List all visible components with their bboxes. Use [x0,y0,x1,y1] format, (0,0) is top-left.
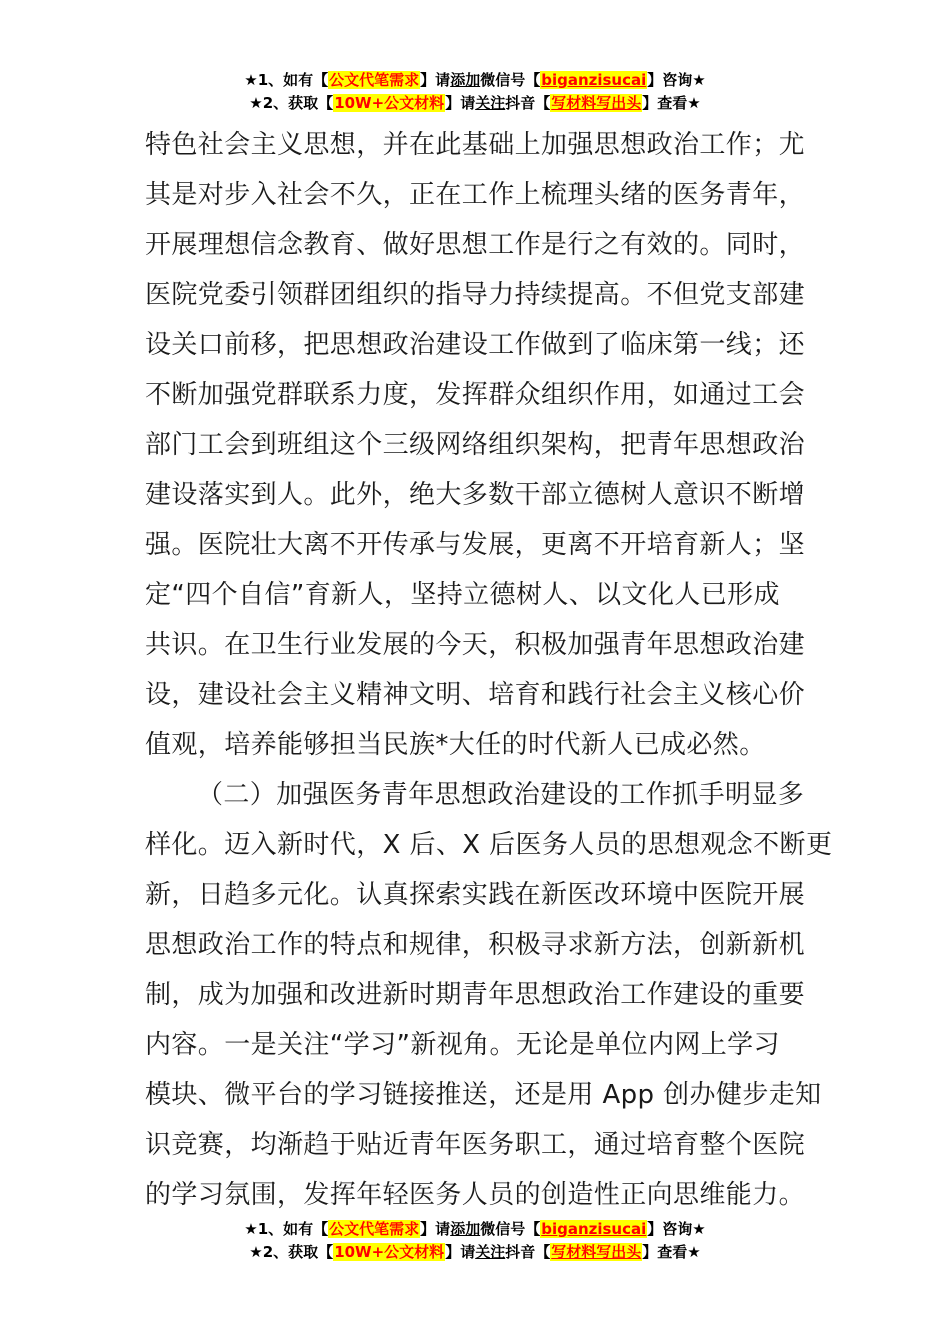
banner-text: ★2、获取【 [249,94,333,112]
banner-text: 抖音【 [505,94,550,112]
body-line: 不断加强党群联系力度，发挥群众组织作用，如通过工会 [145,370,810,420]
banner-text: ★1、如有【 [244,1220,328,1238]
underlined-add: 添加 [450,1220,480,1238]
body-line: 内容。一是关注“学习”新视角。无论是单位内网上学习 [145,1020,810,1070]
body-line: 建设落实到人。此外，绝大多数干部立德树人意识不断增 [145,470,810,520]
underlined-follow: 关注 [475,94,505,112]
banner-text: 】咨询★ [647,71,705,89]
body-line: 样化。迈入新时代，X 后、X 后医务人员的思想观念不断更 [145,820,810,870]
body-line: 共识。在卫生行业发展的今天，积极加强青年思想政治建 [145,620,810,670]
section-heading-line: （二）加强医务青年思想政治建设的工作抓手明显多 [145,770,810,820]
body-line: 识竞赛，均渐趋于贴近青年医务职工，通过培育整个医院 [145,1120,810,1170]
footer-banner: ★1、如有【公文代笔需求】请添加微信号【biganzisucai】咨询★ ★2、… [0,1218,950,1264]
body-line: 开展理想信念教育、做好思想工作是行之有效的。同时， [145,220,810,270]
header-banner-line-2: ★2、获取【10W+公文材料】请关注抖音【写材料写出头】查看★ [0,92,950,115]
body-line: 设，建设社会主义精神文明、培育和践行社会主义核心价 [145,670,810,720]
banner-text: 】查看★ [642,1243,700,1261]
document-body: 特色社会主义思想，并在此基础上加强思想政治工作；尤 其是对步入社会不久，正在工作… [145,120,810,1220]
body-line: 部门工会到班组这个三级网络组织架构，把青年思想政治 [145,420,810,470]
highlight-ghostwriting: 公文代笔需求 [328,1220,420,1238]
underlined-add: 添加 [450,71,480,89]
body-line: 强。医院壮大离不开传承与发展，更离不开培育新人；坚 [145,520,810,570]
body-line: 其是对步入社会不久，正在工作上梳理头绪的医务青年， [145,170,810,220]
highlight-materials: 10W+公文材料 [333,94,445,112]
highlight-materials: 10W+公文材料 [333,1243,445,1261]
body-line: 模块、微平台的学习链接推送，还是用 App 创办健步走知 [145,1070,810,1120]
banner-text: 】请 [420,1220,450,1238]
banner-text: ★1、如有【 [244,71,328,89]
body-line: 的学习氛围，发挥年轻医务人员的创造性正向思维能力。 [145,1170,810,1220]
douyin-account-link[interactable]: 写材料写出头 [550,1243,642,1261]
banner-text: 】请 [420,71,450,89]
footer-banner-line-1: ★1、如有【公文代笔需求】请添加微信号【biganzisucai】咨询★ [0,1218,950,1241]
header-banner: ★1、如有【公文代笔需求】请添加微信号【biganzisucai】咨询★ ★2、… [0,69,950,115]
banner-text: 】查看★ [642,94,700,112]
banner-text: 微信号【 [480,71,540,89]
banner-text: 】咨询★ [647,1220,705,1238]
body-line: 值观，培养能够担当民族*大任的时代新人已成必然。 [145,720,810,770]
banner-text: 抖音【 [505,1243,550,1261]
wechat-id-link[interactable]: biganzisucai [540,71,647,89]
body-line: 设关口前移，把思想政治建设工作做到了临床第一线；还 [145,320,810,370]
body-line: 思想政治工作的特点和规律，积极寻求新方法，创新新机 [145,920,810,970]
header-banner-line-1: ★1、如有【公文代笔需求】请添加微信号【biganzisucai】咨询★ [0,69,950,92]
body-line: 医院党委引领群团组织的指导力持续提高。不但党支部建 [145,270,810,320]
underlined-follow: 关注 [475,1243,505,1261]
douyin-account-link[interactable]: 写材料写出头 [550,94,642,112]
body-line: 制，成为加强和改进新时期青年思想政治工作建设的重要 [145,970,810,1020]
banner-text: 】请 [445,1243,475,1261]
banner-text: ★2、获取【 [249,1243,333,1261]
banner-text: 】请 [445,94,475,112]
body-line: 特色社会主义思想，并在此基础上加强思想政治工作；尤 [145,120,810,170]
body-line: 新，日趋多元化。认真探索实践在新医改环境中医院开展 [145,870,810,920]
body-line: 定“四个自信”育新人，坚持立德树人、以文化人已形成 [145,570,810,620]
wechat-id-link[interactable]: biganzisucai [540,1220,647,1238]
banner-text: 微信号【 [480,1220,540,1238]
highlight-ghostwriting: 公文代笔需求 [328,71,420,89]
footer-banner-line-2: ★2、获取【10W+公文材料】请关注抖音【写材料写出头】查看★ [0,1241,950,1264]
